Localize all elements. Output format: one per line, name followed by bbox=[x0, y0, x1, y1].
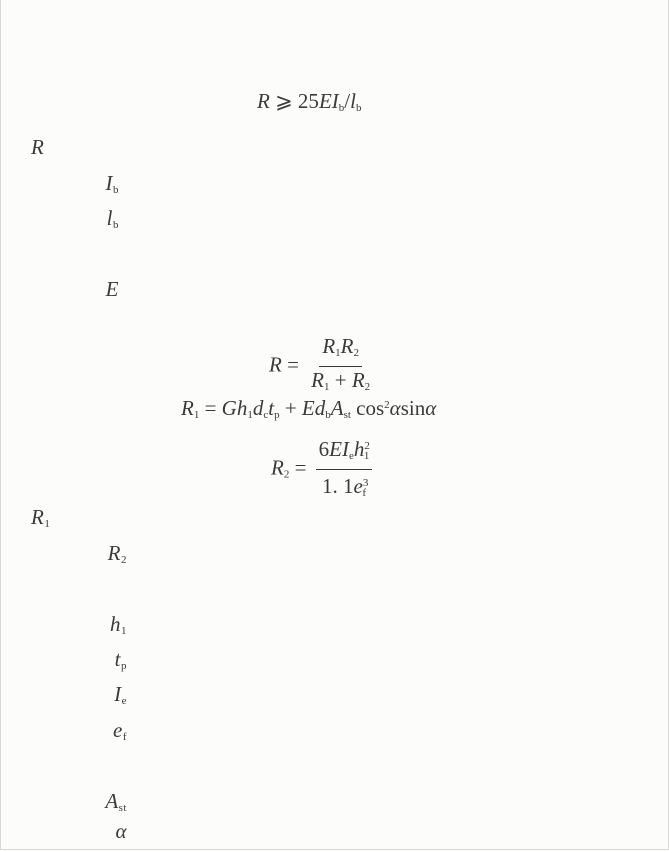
definition-Ib: Ib bbox=[67, 170, 123, 203]
definition-tp: tp bbox=[67, 646, 131, 679]
definition-R2: R2 bbox=[67, 540, 131, 573]
document-page: R ⩾ 25EIb/lb R Ib lb E R = R1R2R1 + R2 R… bbox=[0, 0, 669, 850]
definition-lb: lb bbox=[67, 205, 123, 238]
section-heading bbox=[71, 17, 85, 44]
definition-ef: ef bbox=[67, 717, 131, 750]
definition-h1: h1 bbox=[67, 611, 131, 644]
definition-Ast: Ast bbox=[67, 788, 131, 821]
equation-10-2-7-9: R ⩾ 25EIb/lb bbox=[257, 89, 361, 114]
equation-10-2-7-10: R = R1R2R1 + R2 bbox=[269, 334, 377, 399]
equation-10-2-7-11: R1 = Gh1dctp + EdbAst cos2αsinα bbox=[181, 396, 436, 421]
definition-E: E bbox=[67, 276, 123, 303]
definition-R1: R1 bbox=[31, 504, 65, 537]
definition-alpha: α bbox=[67, 818, 131, 845]
definition-R: R bbox=[31, 134, 59, 161]
equation-10-2-7-12: R2 = 6EIeh211. 1e3f bbox=[271, 434, 376, 505]
definition-Ie: Ie bbox=[67, 681, 131, 714]
